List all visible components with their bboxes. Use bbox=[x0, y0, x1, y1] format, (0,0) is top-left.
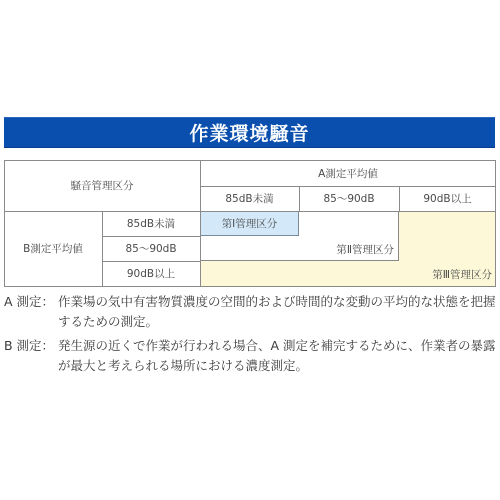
b-row-header-1: 85dB未満 bbox=[102, 211, 200, 236]
a-measurement-header: A測定平均値 bbox=[200, 160, 496, 186]
b-row-label-1: 85dB未満 bbox=[127, 216, 175, 231]
b-row-label-2: 85〜90dB bbox=[125, 241, 176, 256]
b-row-label-3: 90dB以上 bbox=[127, 266, 175, 281]
divider-a-col-2 bbox=[399, 186, 400, 211]
note-label: B 測定： bbox=[4, 336, 58, 376]
zone1-cell: 第Ⅰ管理区分 bbox=[200, 211, 299, 236]
a-header-label: A測定平均値 bbox=[318, 166, 378, 181]
table-border-bottom bbox=[4, 286, 496, 287]
note-label: A 測定： bbox=[4, 292, 58, 332]
zone2-label: 第Ⅱ管理区分 bbox=[336, 242, 394, 257]
divider-header-bottom bbox=[4, 211, 496, 212]
b-measurement-header: B測定平均値 bbox=[4, 211, 102, 286]
table-border-top bbox=[4, 160, 496, 161]
divider-a-col-1 bbox=[299, 186, 300, 211]
a-col-label-2: 85〜90dB bbox=[323, 191, 374, 206]
note-text: 作業場の気中有害物質濃度の空間的および時間的な変動の平均的な状態を把握するための… bbox=[58, 292, 496, 332]
title-banner: 作業環境騒音 bbox=[4, 117, 495, 148]
corner-label: 騒音管理区分 bbox=[71, 178, 134, 193]
corner-header: 騒音管理区分 bbox=[4, 160, 200, 211]
notes-section: A 測定： 作業場の気中有害物質濃度の空間的および時間的な変動の平均的な状態を把… bbox=[4, 292, 496, 380]
note-a-measurement: A 測定： 作業場の気中有害物質濃度の空間的および時間的な変動の平均的な状態を把… bbox=[4, 292, 496, 332]
a-col-label-1: 85dB未満 bbox=[225, 191, 273, 206]
a-col-label-3: 90dB以上 bbox=[423, 191, 471, 206]
b-row-header-3: 90dB以上 bbox=[102, 261, 200, 286]
b-row-header-2: 85〜90dB bbox=[102, 236, 200, 261]
zone3-label: 第Ⅲ管理区分 bbox=[432, 267, 492, 282]
divider-b-row-2 bbox=[102, 261, 200, 262]
page-title: 作業環境騒音 bbox=[189, 119, 309, 146]
a-col-header-3: 90dB以上 bbox=[399, 186, 496, 211]
noise-classification-table: 第Ⅰ管理区分 第Ⅱ管理区分 第Ⅲ管理区分 騒音管理区分 A測定平均値 85dB未… bbox=[4, 160, 496, 287]
table-border-right bbox=[495, 160, 496, 287]
divider-a-header bbox=[200, 186, 496, 187]
a-col-header-2: 85〜90dB bbox=[299, 186, 399, 211]
note-b-measurement: B 測定： 発生源の近くで作業が行われる場合、A 測定を補完するために、作業者の… bbox=[4, 336, 496, 376]
divider-b-col bbox=[102, 211, 103, 287]
divider-b-row-1 bbox=[102, 236, 200, 237]
table-border-left bbox=[4, 160, 5, 287]
zone1-label: 第Ⅰ管理区分 bbox=[222, 216, 278, 231]
note-text: 発生源の近くで作業が行われる場合、A 測定を補完するために、作業者の暴露が最大と… bbox=[58, 336, 496, 376]
divider-corner-right bbox=[200, 160, 201, 287]
b-header-label: B測定平均値 bbox=[23, 241, 83, 256]
a-col-header-1: 85dB未満 bbox=[200, 186, 299, 211]
